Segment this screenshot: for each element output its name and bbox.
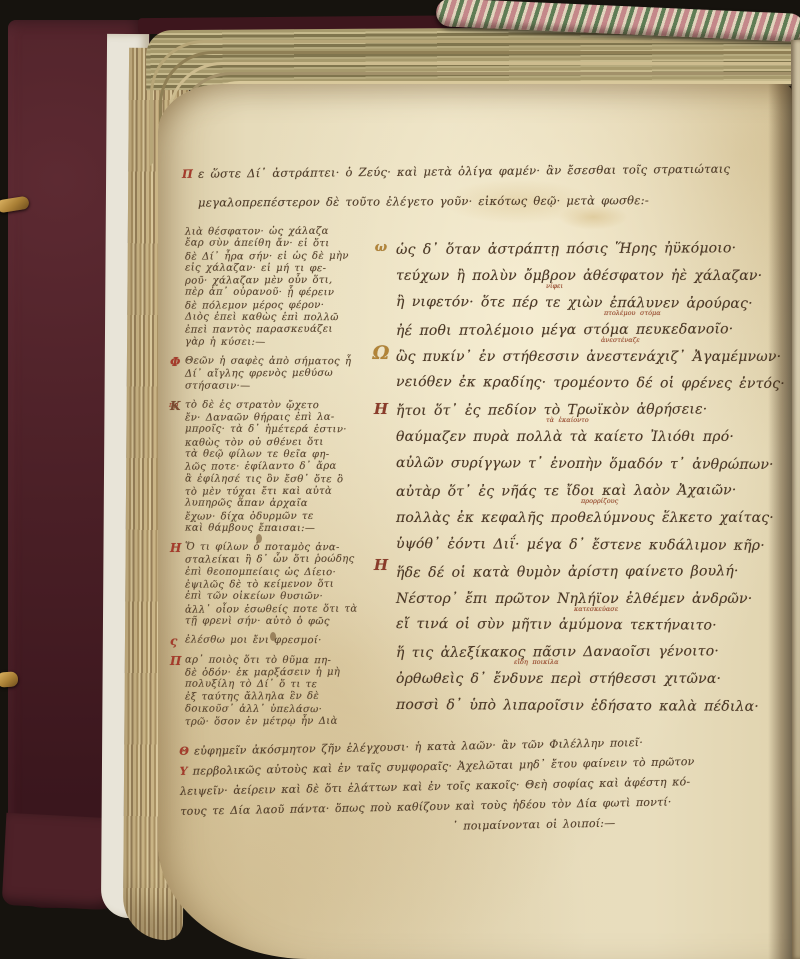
margin-initial: ω xyxy=(370,240,392,255)
verse-line: ἠέ ποθι πτολέμοιο μέγα στόμα πευκεδανοῖο… xyxy=(396,316,798,345)
margin-initial: Η xyxy=(370,400,392,418)
rubric-initial: Η xyxy=(170,541,182,555)
rubric-initial: Φ xyxy=(170,355,181,369)
scholia-line: μπροῖς· τὰ δ᾽ ἡμέτερά ἐστιν· xyxy=(185,424,399,437)
scholia-line: Δί᾽ αἴγλης φρενὸς μεθύσω xyxy=(185,368,399,382)
verse-line: πολλὰς ἐκ κεφαλῆς προθελύμνους ἕλκετο χα… xyxy=(396,505,798,532)
verse-line: τεύχων ἢ πολὺν ὄμβρον ἀθέσφατον ἠὲ χάλαζ… xyxy=(396,263,798,290)
text-line: μεγαλοπρεπέστερον δὲ τοῦτο ἐλέγετο γοῦν·… xyxy=(182,184,782,217)
scholia-line: σταλείκαι ἣ δ᾽ ὦν ὅτι ῥοώδης xyxy=(185,554,399,568)
interlinear-gloss: ἀνεστέναζε xyxy=(601,337,640,344)
rubric-initial: Θ xyxy=(179,745,194,758)
scholia-line: πὲρ ἀπ᾽ οὐρανοῦ· ᾗ φέρειν xyxy=(185,287,399,300)
interlinear-gloss: νίφει xyxy=(546,283,563,290)
rubric-initial: Π xyxy=(182,167,198,181)
scholion-paragraph: ΦΘεῶν ἡ σαφὲς ἀπὸ σήματος ἦΔί᾽ αἴγλης φρ… xyxy=(185,356,399,393)
scholion-paragraph: Κτὸ δὲ ἐς στρατὸν ᾤχετοἔν· Δαναῶν θήραις… xyxy=(185,400,399,535)
scholia-line: ἐξ ταύτης ἄλληλα ἓν δὲ xyxy=(185,691,399,705)
verse-line: ἥδε δέ οἱ κατὰ θυμὸν ἀρίστη φαίνετο βουλ… xyxy=(396,558,798,587)
scholion-paragraph: ΗὍ τι φίλων ὁ ποταμὸς ἀνα-σταλείκαι ἣ δ᾽… xyxy=(185,542,399,628)
scholia-line: ἔχων· δίχα ὀδυρμῶν τε xyxy=(185,510,399,524)
scholia-line: καθὼς τὸν οὐ σθένει ὅτι xyxy=(185,436,399,450)
scholia-line: στήσασιν·— xyxy=(185,380,399,393)
manuscript-photo: Πε ὥστε Δί᾽ ἀστράπτει· ὁ Ζεύς· καὶ μετὰ … xyxy=(0,0,800,959)
manuscript-page: Πε ὥστε Δί᾽ ἀστράπτει· ὁ Ζεύς· καὶ μετὰ … xyxy=(158,84,792,959)
scholia-line: ἐπεὶ παντὸς παρασκευάζει xyxy=(185,324,399,338)
scholia-line: καὶ θάμβους ἔπαισαι:— xyxy=(185,522,399,535)
scholia-line: τῇ φρενὶ σήν· αὐτὸ ὁ φῶς xyxy=(185,615,399,628)
scholia-line: γὰρ ἡ κύσει:— xyxy=(185,336,399,349)
main-text-column: ὡς δ᾽ ὅταν ἀστράπτῃ πόσις Ἥρης ἠϋκόμοιο·… xyxy=(396,236,798,720)
interlinear-gloss: τὰ ἐκαίοντο xyxy=(546,417,589,424)
verse-line: ὀρθωθεὶς δ᾽ ἔνδυνε περὶ στήθεσσι χιτῶνα· xyxy=(396,666,798,693)
verse-line: αὐλῶν συρίγγων τ᾽ ἐνοπὴν ὅμαδόν τ᾽ ἀνθρώ… xyxy=(396,450,798,479)
scholia-line: ἃ ἐφίλησέ τις ὃν ἔσθ᾽ ὅτε ὃ xyxy=(185,473,399,486)
interlinear-gloss: κατεσκεύασε xyxy=(574,606,618,613)
scholia-line: ἐπὶ θεοπομπείαις ὡς Δίειο· xyxy=(185,566,399,579)
interlinear-gloss: πτολέμου στόμα xyxy=(604,310,661,317)
scholia-column: πρ λιὰ θέσφατον· ὡς χάλαζαἔαρ σὺν ἀπείθη… xyxy=(185,226,399,735)
scholia-line: λυπηρῶς ἅπαν ἀρχαῖα xyxy=(185,498,399,511)
margin-initial: Η xyxy=(370,556,392,574)
verse-line: θαύμαζεν πυρὰ πολλὰ τὰ καίετο Ἰλιόθι πρό… xyxy=(396,424,798,451)
verse-line: ποσσὶ δ᾽ ὑπὸ λιπαροῖσιν ἐδήσατο καλὰ πέδ… xyxy=(396,692,798,721)
verse-line: ἤτοι ὅτ᾽ ἐς πεδίον τὸ Τρωϊκὸν ἀθρήσειε· xyxy=(396,396,798,425)
verse-line: ὣς πυκίν᾽ ἐν στήθεσσιν ἀνεστενάχιζ᾽ Ἀγαμ… xyxy=(396,344,798,371)
rubric-initial: Κ xyxy=(170,399,181,413)
scholia-line: αρ᾽ ποιὸς ὅτι τὸ θῦμα πη- xyxy=(185,654,399,667)
rubric-initial: ς xyxy=(170,634,178,648)
scholia-line: λῶς ποτε· ἐφίλαντο δ᾽ ἄρα xyxy=(185,461,399,475)
text-line: Πε ὥστε Δί᾽ ἀστράπτει· ὁ Ζεύς· καὶ μετὰ … xyxy=(182,153,782,189)
scholia-line: δὲ Δί᾽ ἦρα σήν· εἰ ὡς δὲ μὴν xyxy=(185,250,399,264)
upper-scholion-block: Πε ὥστε Δί᾽ ἀστράπτει· ὁ Ζεύς· καὶ μετὰ … xyxy=(182,156,782,216)
scholion-paragraph: λιὰ θέσφατον· ὡς χάλαζαἔαρ σὺν ἀπείθη ἄν… xyxy=(185,226,399,349)
lower-scholion-block: Θεὐφημεῖν ἀκόσμητον ζῆν ἐλέγχουσι· ἡ κατ… xyxy=(179,730,797,842)
verse-line: ὑψόθ᾽ ἐόντι Διΐ· μέγα δ᾽ ἔστενε κυδάλιμο… xyxy=(396,531,798,560)
scholia-line: ἐπὶ τῶν οἰκείων θυσιῶν· xyxy=(185,591,399,604)
scholion-paragraph: ςἐλέσθω μοι ἔνι φρεσμοί· xyxy=(185,635,399,647)
verse-line: ὡς δ᾽ ὅταν ἀστράπτῃ πόσις Ἥρης ἠϋκόμοιο· xyxy=(396,235,798,264)
scholia-line: ἐλέσθω μοι ἔνι φρεσμοί· xyxy=(185,635,399,648)
scholia-line: ἀλλ᾽ οἷον ἐσωθείς ποτε ὅτι τὰ xyxy=(185,603,399,617)
scholion-paragraph: Παρ᾽ ποιὸς ὅτι τὸ θῦμα πη-δὲ ὁδόν· ἐκ μα… xyxy=(185,655,399,729)
interlinear-gloss: προρρίζους xyxy=(581,498,618,505)
rubric-initial: Π xyxy=(170,654,182,668)
gutter-shadow xyxy=(768,84,792,959)
verse-line: εἴ τινά οἱ σὺν μῆτιν ἀμύμονα τεκτήναιτο· xyxy=(396,611,798,640)
margin-initial: Ω xyxy=(370,342,392,364)
verse-line: ἥ τις ἀλεξίκακος πᾶσιν Δαναοῖσι γένοιτο· xyxy=(396,638,798,667)
scholia-line: ἔαρ σὺν ἀπείθη ἄν· εἰ ὅτι xyxy=(185,238,399,251)
verse-line: νειόθεν ἐκ κραδίης· τρομέοντο δέ οἱ φρέν… xyxy=(396,369,798,398)
verse-line: ἢ νιφετόν· ὅτε πέρ τε χιὼν ἐπάλυνεν ἀρού… xyxy=(396,289,798,318)
scholia-line: τρῶ· ὅσον ἐν μέτρῳ ἦν Διὰ xyxy=(185,715,399,729)
rubric-initial: Υ xyxy=(180,765,193,778)
scholia-line: δοικοῦσ᾽ ἀλλ᾽ ὑπελάσω· xyxy=(185,703,399,716)
interlinear-gloss: εἴδη ποικίλα xyxy=(514,659,558,666)
